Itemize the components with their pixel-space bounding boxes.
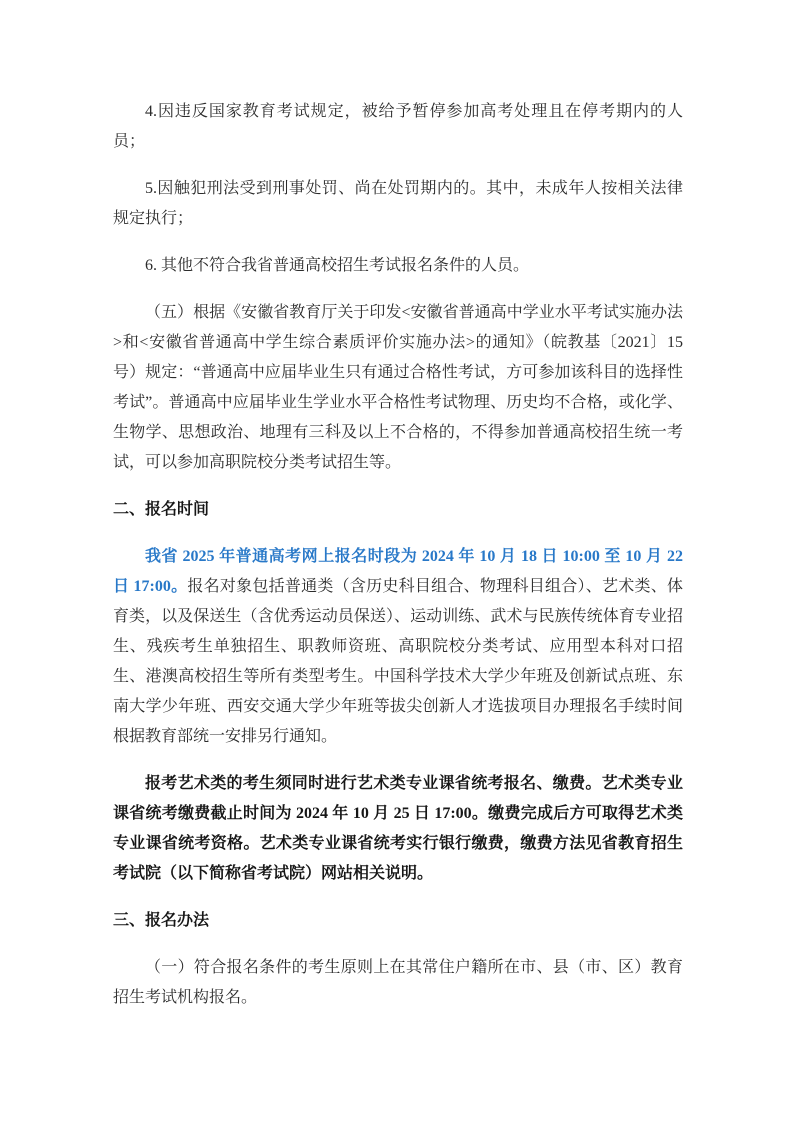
paragraph-clause-one: （一）符合报名条件的考生原则上在其常住户籍所在市、县（市、区）教育招生考试机构报… — [113, 953, 683, 1013]
document-page: 4.因违反国家教育考试规定，被给予暂停参加高考处理且在停考期内的人员； 5.因触… — [113, 97, 683, 1030]
section-heading-registration-method: 三、报名办法 — [113, 906, 683, 936]
paragraph-clause-five: （五）根据《安徽省教育厅关于印发<安徽省普通高中学业水平考试实施办法>和<安徽省… — [113, 298, 683, 478]
section-heading-registration-time: 二、报名时间 — [113, 495, 683, 525]
registration-scope-text: 报名对象包括普通类（含历史科目组合、物理科目组合）、艺术类、体育类，以及保送生（… — [113, 578, 683, 745]
paragraph-registration-time: 我省 2025 年普通高考网上报名时段为 2024 年 10 月 18 日 10… — [113, 542, 683, 752]
paragraph-eligibility-item-4: 4.因违反国家教育考试规定，被给予暂停参加高考处理且在停考期内的人员； — [113, 97, 683, 157]
paragraph-art-exam-notice: 报考艺术类的考生须同时进行艺术类专业课省统考报名、缴费。艺术类专业课省统考缴费截… — [113, 769, 683, 889]
paragraph-eligibility-item-5: 5.因触犯刑法受到刑事处罚、尚在处罚期内的。其中，未成年人按相关法律规定执行； — [113, 174, 683, 234]
paragraph-eligibility-item-6: 6. 其他不符合我省普通高校招生考试报名条件的人员。 — [113, 251, 683, 281]
